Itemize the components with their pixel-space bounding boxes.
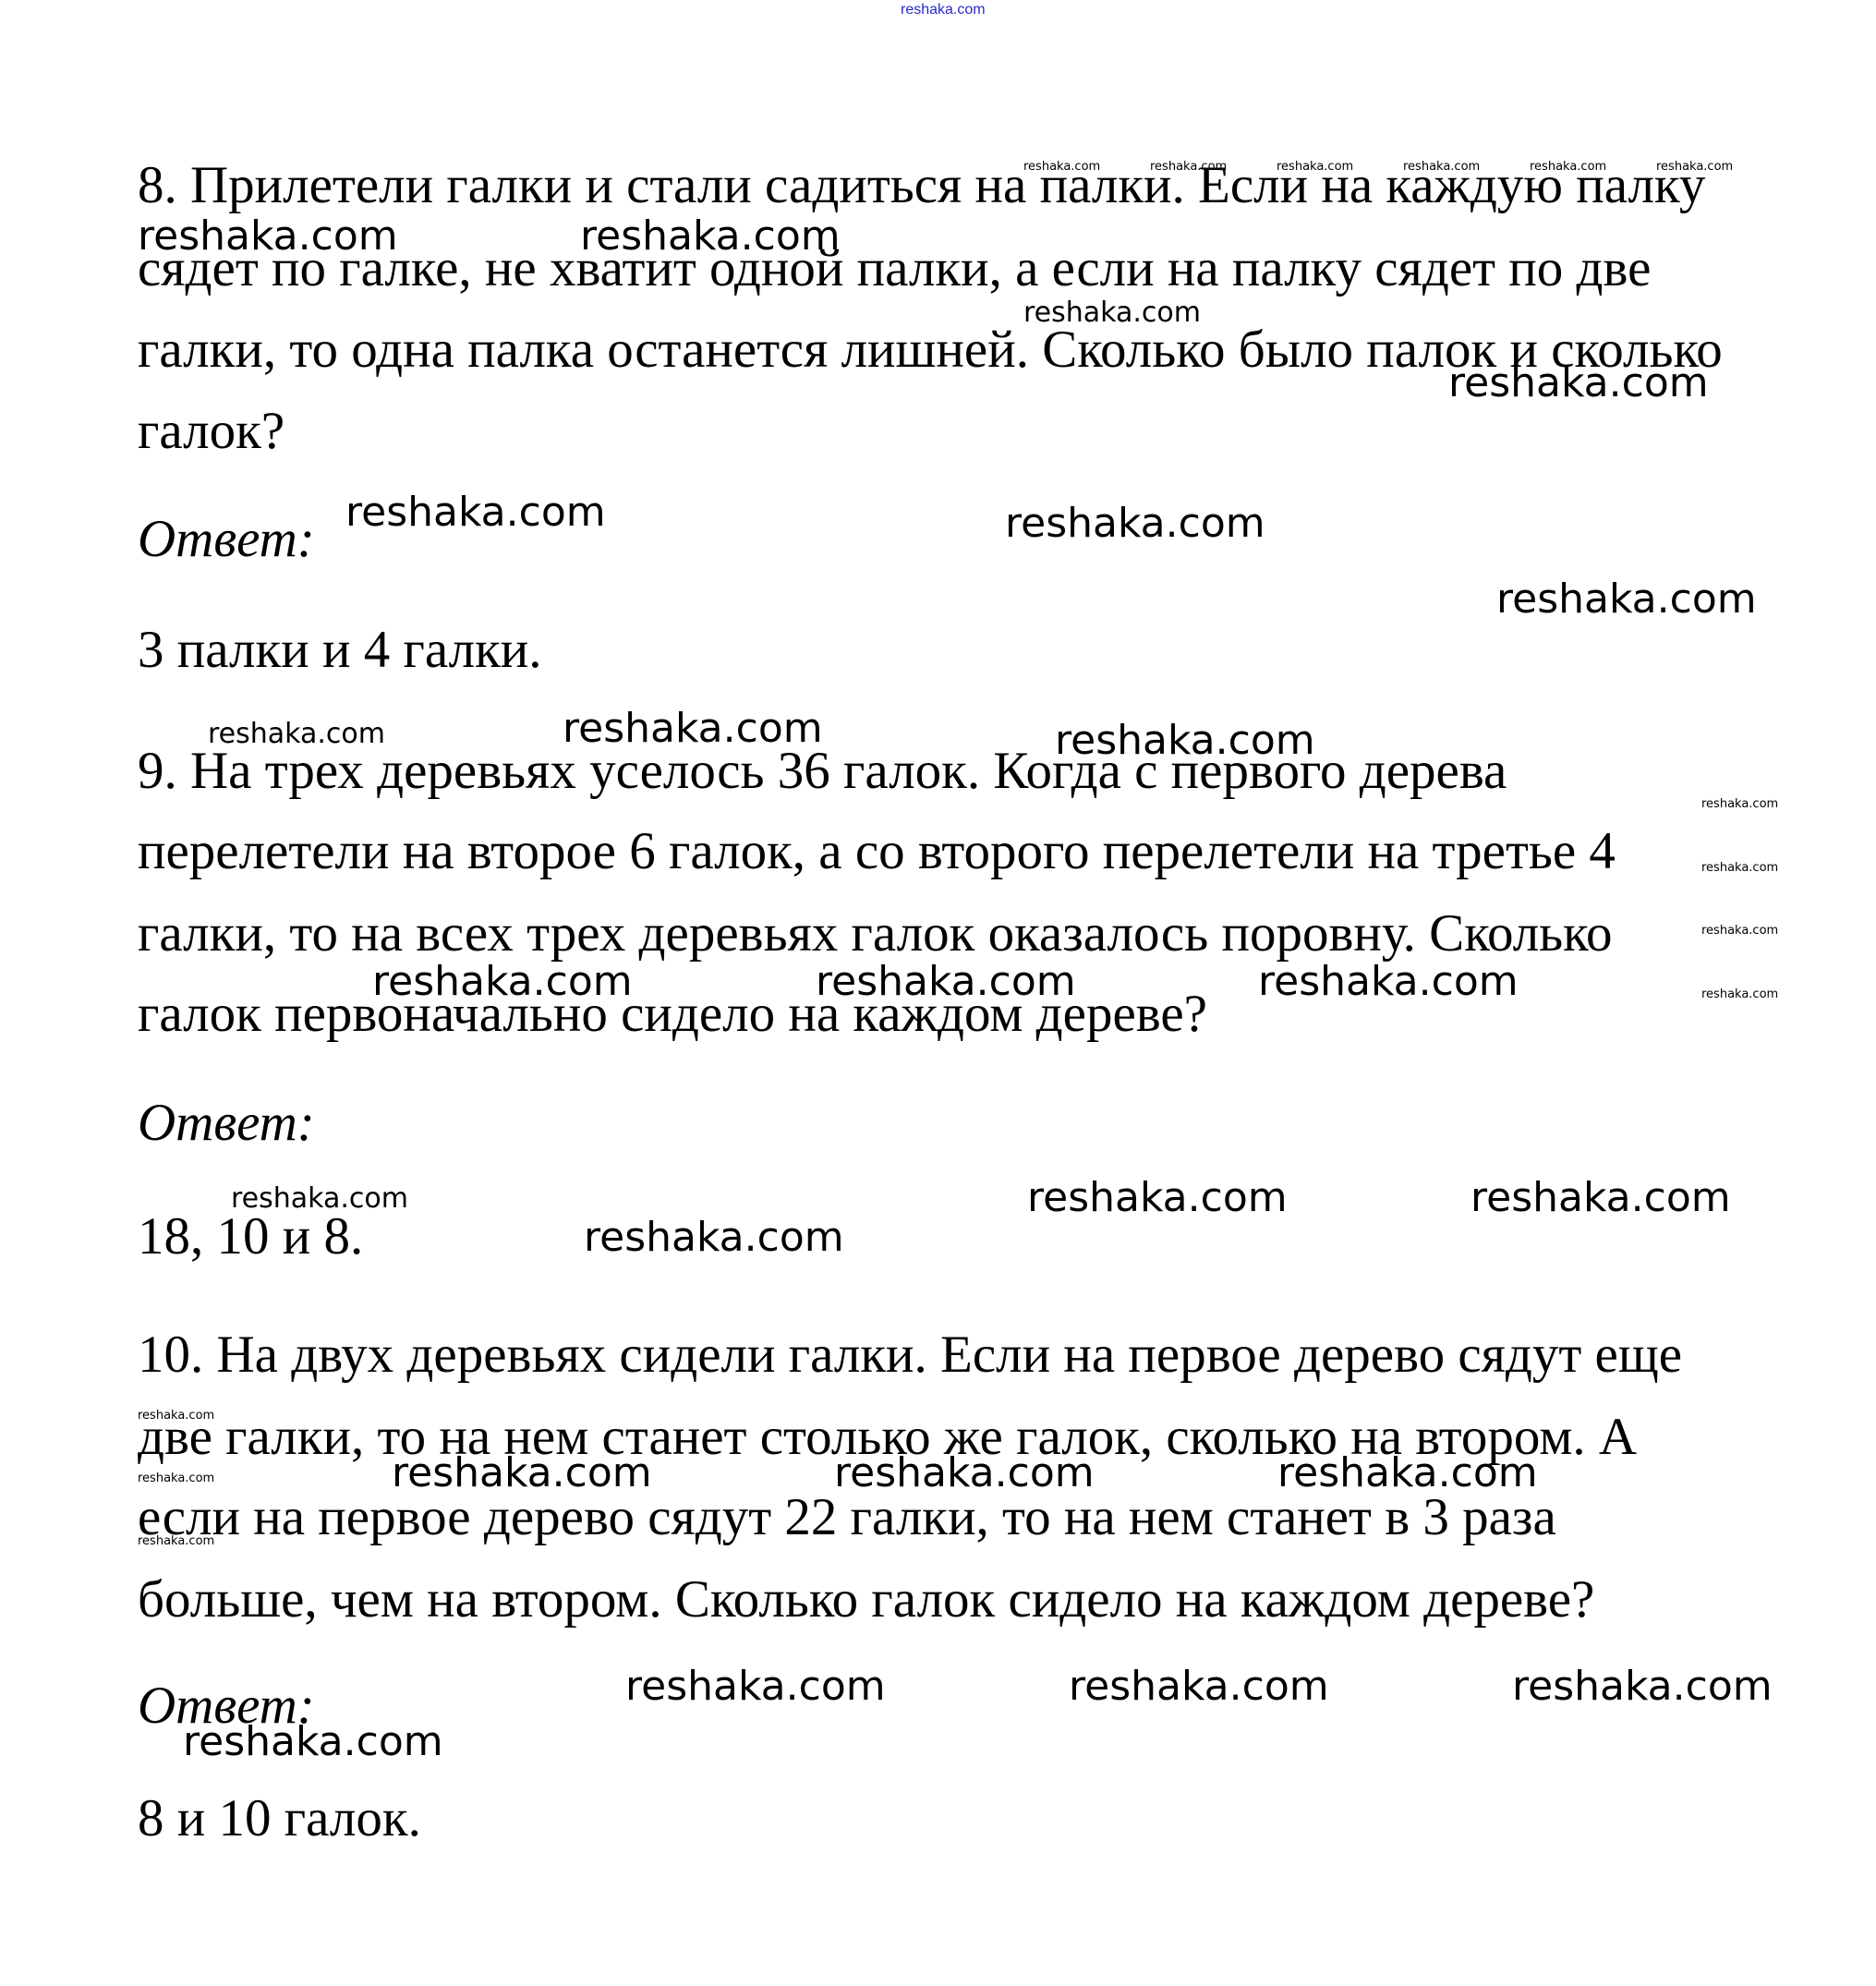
- problem-8-answer-label: Ответ:: [138, 513, 315, 565]
- watermark: reshaka.com: [183, 1722, 443, 1762]
- watermark: reshaka.com: [1471, 1178, 1731, 1218]
- watermark: reshaka.com: [816, 962, 1076, 1002]
- watermark: reshaka.com: [1277, 1453, 1538, 1494]
- problem-10-answer: 8 и 10 галок.: [138, 1792, 421, 1845]
- watermark: reshaka.com: [1448, 363, 1709, 404]
- watermark: reshaka.com: [1277, 161, 1353, 173]
- header-watermark: reshaka.com: [901, 2, 986, 18]
- problem-9-line-3: галки, то на всех трех деревьях галок ок…: [138, 907, 1612, 960]
- watermark: reshaka.com: [138, 216, 398, 257]
- watermark: reshaka.com: [1055, 721, 1315, 761]
- watermark: reshaka.com: [1701, 862, 1778, 874]
- watermark: reshaka.com: [1496, 579, 1757, 620]
- watermark: reshaka.com: [1005, 503, 1265, 544]
- watermark: reshaka.com: [138, 1535, 214, 1547]
- problem-9-line-2: перелетели на второе 6 галок, а со второ…: [138, 825, 1616, 878]
- problem-8-answer: 3 палки и 4 галки.: [138, 624, 542, 676]
- watermark: reshaka.com: [1027, 1178, 1288, 1218]
- watermark: reshaka.com: [1530, 161, 1606, 173]
- watermark: reshaka.com: [392, 1453, 652, 1494]
- watermark: reshaka.com: [834, 1453, 1095, 1494]
- watermark: reshaka.com: [580, 216, 841, 257]
- problem-8-line-4: галок?: [138, 405, 284, 457]
- problem-10-line-1: 10. На двух деревьях сидели галки. Если …: [138, 1328, 1682, 1381]
- problem-10-line-3: если на первое дерево сядут 22 галки, то…: [138, 1491, 1556, 1544]
- watermark: reshaka.com: [345, 492, 606, 533]
- watermark: reshaka.com: [1701, 925, 1778, 937]
- watermark: reshaka.com: [208, 721, 385, 748]
- watermark: reshaka.com: [584, 1217, 844, 1258]
- watermark: reshaka.com: [1701, 798, 1778, 810]
- watermark: reshaka.com: [1701, 988, 1778, 1000]
- watermark: reshaka.com: [231, 1185, 408, 1213]
- problem-9-answer-label: Ответ:: [138, 1096, 315, 1149]
- watermark: reshaka.com: [138, 1410, 214, 1422]
- watermark: reshaka.com: [563, 708, 823, 749]
- watermark: reshaka.com: [1258, 962, 1519, 1002]
- watermark: reshaka.com: [625, 1666, 886, 1707]
- document-page: reshaka.com 8. Прилетели галки и стали с…: [0, 0, 1876, 1986]
- watermark: reshaka.com: [1656, 161, 1733, 173]
- watermark: reshaka.com: [1023, 161, 1100, 173]
- watermark: reshaka.com: [138, 1472, 214, 1484]
- problem-9-answer: 18, 10 и 8.: [138, 1210, 363, 1263]
- watermark: reshaka.com: [1150, 161, 1227, 173]
- watermark: reshaka.com: [1403, 161, 1480, 173]
- watermark: reshaka.com: [1512, 1666, 1773, 1707]
- problem-10-line-4: больше, чем на втором. Сколько галок сид…: [138, 1573, 1594, 1626]
- watermark: reshaka.com: [1023, 299, 1201, 327]
- watermark: reshaka.com: [372, 962, 633, 1002]
- watermark: reshaka.com: [1069, 1666, 1329, 1707]
